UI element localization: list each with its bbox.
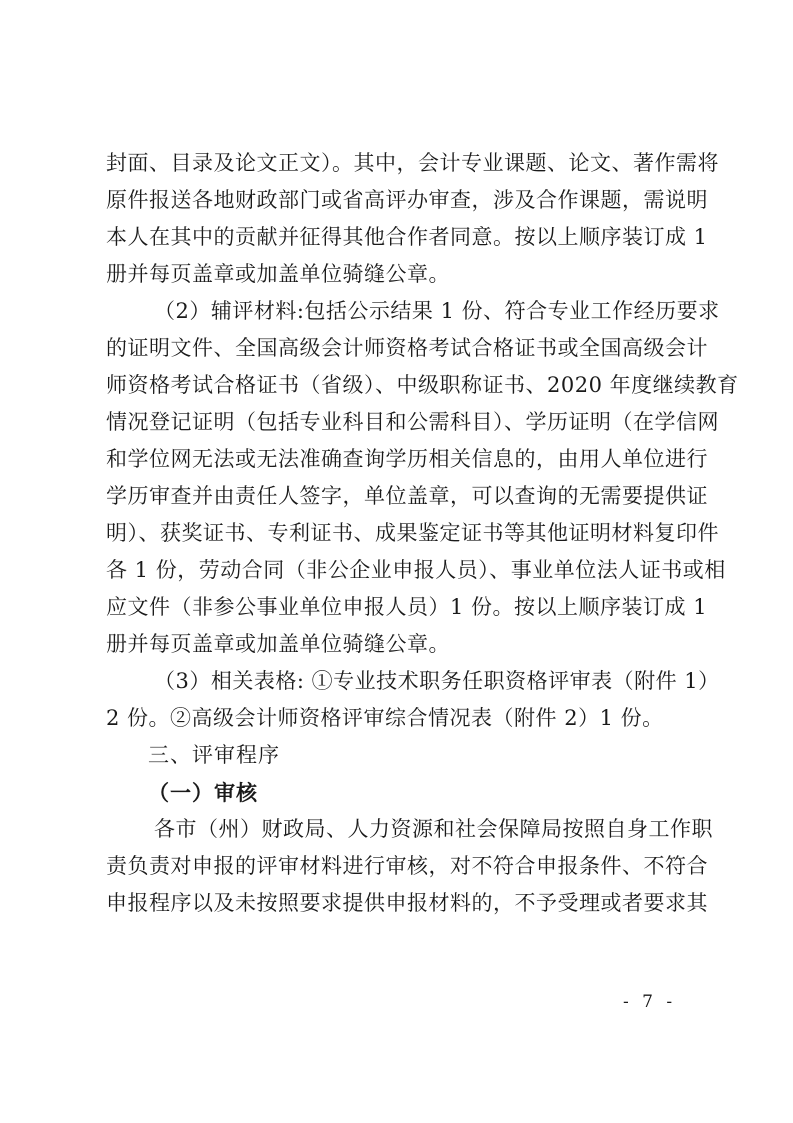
text-line: 本人在其中的贡献并征得其他合作者同意。按以上顺序装订成 1 xyxy=(106,219,692,256)
section-heading: 三、评审程序 xyxy=(106,737,692,774)
text-line: 2 份。②高级会计师资格评审综合情况表（附件 2）1 份。 xyxy=(106,700,692,737)
page-number: - 7 - xyxy=(623,992,676,1012)
text-line: 明）、获奖证书、专利证书、成果鉴定证书等其他证明材料复印件 xyxy=(106,515,692,552)
text-line: 各市（州）财政局、人力资源和社会保障局按照自身工作职 xyxy=(106,811,692,848)
text-line: 师资格考试合格证书（省级）、中级职称证书、2020 年度继续教育 xyxy=(106,367,692,404)
text-line: 封面、目录及论文正文）。其中，会计专业课题、论文、著作需将 xyxy=(106,145,692,182)
paragraph-review: 各市（州）财政局、人力资源和社会保障局按照自身工作职 责负责对申报的评审材料进行… xyxy=(106,811,692,922)
text-line: 的证明文件、全国高级会计师资格考试合格证书或全国高级会计 xyxy=(106,330,692,367)
text-line: 申报程序以及未按照要求提供申报材料的，不予受理或者要求其 xyxy=(106,885,692,922)
text-line: 情况登记证明（包括专业科目和公需科目）、学历证明（在学信网 xyxy=(106,404,692,441)
text-line: 各 1 份，劳动合同（非公企业申报人员）、事业单位法人证书或相 xyxy=(106,552,692,589)
text-line: 册并每页盖章或加盖单位骑缝公章。 xyxy=(106,626,692,663)
text-line: 责负责对申报的评审材料进行审核，对不符合申报条件、不符合 xyxy=(106,848,692,885)
text-line: 原件报送各地财政部门或省高评办审查，涉及合作课题，需说明 xyxy=(106,182,692,219)
text-line: 应文件（非参公事业单位申报人员）1 份。按以上顺序装订成 1 xyxy=(106,589,692,626)
subsection-heading: （一）审核 xyxy=(106,774,692,811)
text-line: 学历审查并由责任人签字，单位盖章，可以查询的无需要提供证 xyxy=(106,478,692,515)
text-line: 和学位网无法或无法准确查询学历相关信息的，由用人单位进行 xyxy=(106,441,692,478)
text-line: （2）辅评材料:包括公示结果 1 份、符合专业工作经历要求 xyxy=(106,293,692,330)
text-line: （3）相关表格: ①专业技术职务任职资格评审表（附件 1） xyxy=(106,663,692,700)
paragraph-related-forms: （3）相关表格: ①专业技术职务任职资格评审表（附件 1） 2 份。②高级会计师… xyxy=(106,663,692,737)
paragraph-thesis-materials: 封面、目录及论文正文）。其中，会计专业课题、论文、著作需将 原件报送各地财政部门… xyxy=(106,145,692,293)
paragraph-auxiliary-materials: （2）辅评材料:包括公示结果 1 份、符合专业工作经历要求 的证明文件、全国高级… xyxy=(106,293,692,663)
document-page: 封面、目录及论文正文）。其中，会计专业课题、论文、著作需将 原件报送各地财政部门… xyxy=(106,145,692,922)
text-line: 册并每页盖章或加盖单位骑缝公章。 xyxy=(106,256,692,293)
